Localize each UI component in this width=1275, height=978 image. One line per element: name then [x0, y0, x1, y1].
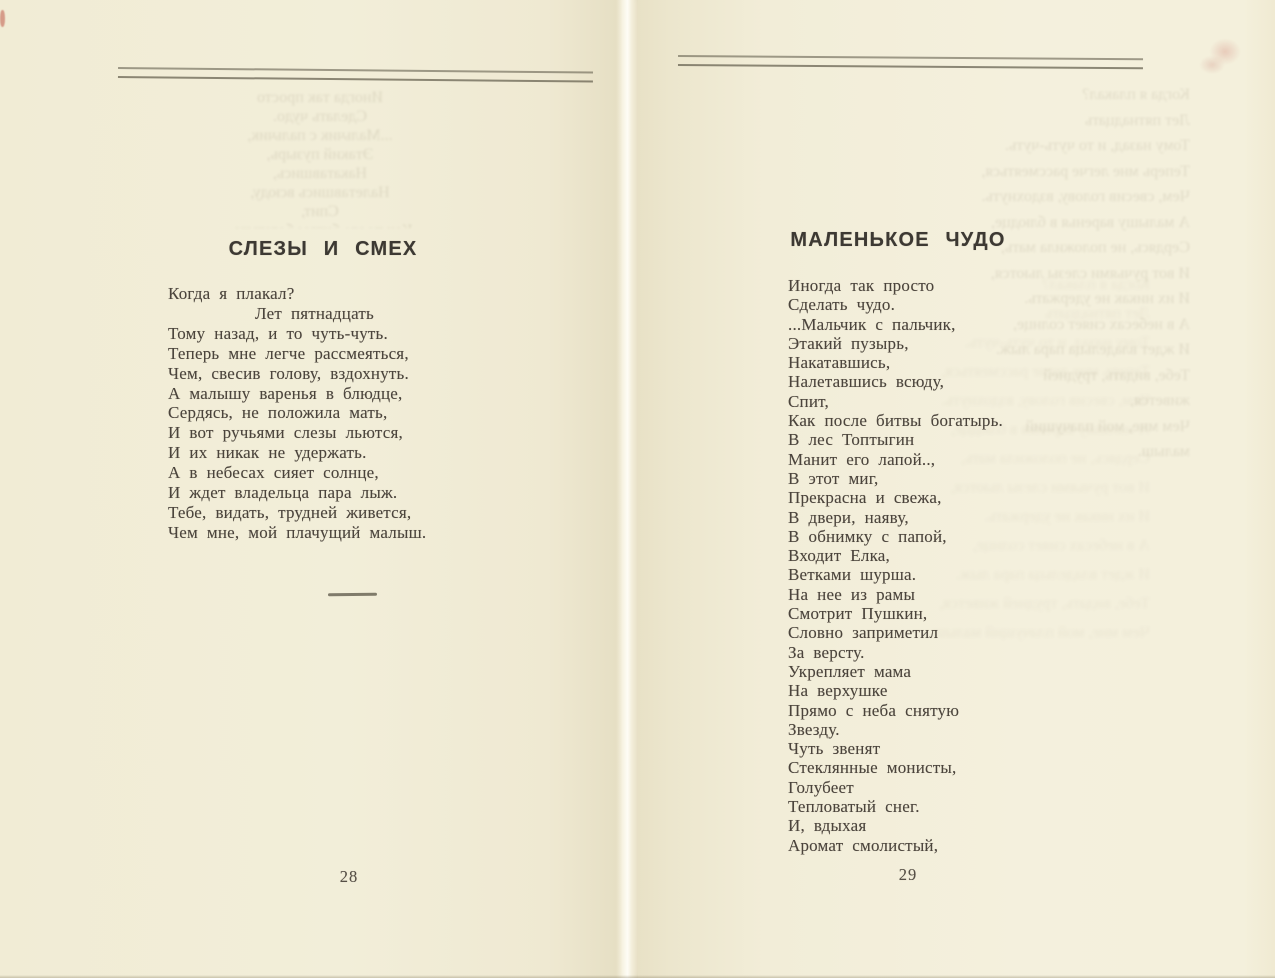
poem-title-left: СЛЕЗЫ И СМЕХ — [170, 238, 476, 261]
poem-line: Манит его лапой.., — [788, 450, 1003, 469]
poem-line: Входит Елка, — [788, 546, 1003, 565]
poem-line: И вот ручьями слезы льются, — [168, 423, 426, 443]
poem-line: Звезду. — [788, 720, 1003, 739]
poem-line: Когда я плакал? — [168, 284, 426, 304]
poem-line: На нее из рамы — [788, 585, 1003, 604]
poem-line: Смотрит Пушкин, — [788, 604, 1003, 623]
poem-line: За версту. — [788, 643, 1003, 662]
poem-line: Тому назад, и то чуть-чуть. — [168, 324, 426, 344]
poem-line: Голубеет — [788, 778, 1003, 797]
book-spread-scan: Иногда так просто Сделать чудо. ...Мальч… — [0, 0, 1275, 978]
poem-line: Чуть звенят — [788, 739, 1003, 758]
bleedthrough-text: Иногда так просто Сделать чудо. ...Мальч… — [145, 88, 495, 228]
poem-line: Иногда так просто — [788, 276, 1003, 295]
poem-line: Теперь мне легче рассмеяться, — [168, 344, 426, 364]
poem-title-right: МАЛЕНЬКОЕ ЧУДО — [768, 229, 1028, 252]
poem-line: И ждет владельца пара лыж. — [168, 483, 426, 503]
poem-line: И, вдыхая — [788, 816, 1003, 835]
poem-line: В этот миг, — [788, 469, 1003, 488]
poem-line: Накатавшись, — [788, 353, 1003, 372]
poem-line: А малышу варенья в блюдце, — [168, 384, 426, 404]
scan-smudge — [1194, 34, 1246, 78]
poem-line: Словно заприметил — [788, 623, 1003, 642]
poem-line: Налетавшись всюду, — [788, 372, 1003, 391]
poem-line: А в небесах сияет солнце, — [168, 463, 426, 483]
poem-line: В лес Топтыгин — [788, 430, 1003, 449]
poem-body-right: Иногда так простоСделать чудо....Мальчик… — [788, 276, 1003, 855]
poem-line: Как после битвы богатырь. — [788, 411, 1003, 430]
poem-line: Лет пятнадцать — [168, 304, 426, 324]
page-number-left: 28 — [327, 867, 371, 887]
poem-end-divider — [328, 593, 377, 597]
poem-line: Тебе, видать, трудней живется, — [168, 503, 426, 523]
poem-line: И их никак не удержать. — [168, 443, 426, 463]
poem-line: Сердясь, не положила мать, — [168, 403, 426, 423]
poem-line: Сделать чудо. — [788, 295, 1003, 314]
poem-line: Укрепляет мама — [788, 662, 1003, 681]
poem-line: В обнимку с папой, — [788, 527, 1003, 546]
poem-line: Этакий пузырь, — [788, 334, 1003, 353]
poem-line: Ветками шурша. — [788, 565, 1003, 584]
poem-line: В двери, наяву, — [788, 508, 1003, 527]
binding-gutter — [616, 0, 638, 978]
page-number-right: 29 — [886, 865, 930, 885]
poem-line: Спит, — [788, 392, 1003, 411]
poem-line: Прямо с неба снятую — [788, 701, 1003, 720]
poem-line: Чем, свесив голову, вздохнуть. — [168, 364, 426, 384]
poem-line: Чем мне, мой плачущий малыш. — [168, 523, 426, 543]
poem-line: Стеклянные монисты, — [788, 758, 1003, 777]
poem-line: На верхушке — [788, 681, 1003, 700]
bleedthrough-text: Когда я плакал? Лет пятнадцать Тому наза… — [980, 82, 1190, 857]
poem-line: Тепловатый снег. — [788, 797, 1003, 816]
poem-body-left: Когда я плакал?Лет пятнадцатьТому назад,… — [168, 284, 426, 543]
poem-line: Прекрасна и свежа, — [788, 488, 1003, 507]
scan-speck — [0, 10, 5, 27]
poem-line: ...Мальчик с пальчик, — [788, 315, 1003, 334]
poem-line: Аромат смолистый, — [788, 836, 1003, 855]
